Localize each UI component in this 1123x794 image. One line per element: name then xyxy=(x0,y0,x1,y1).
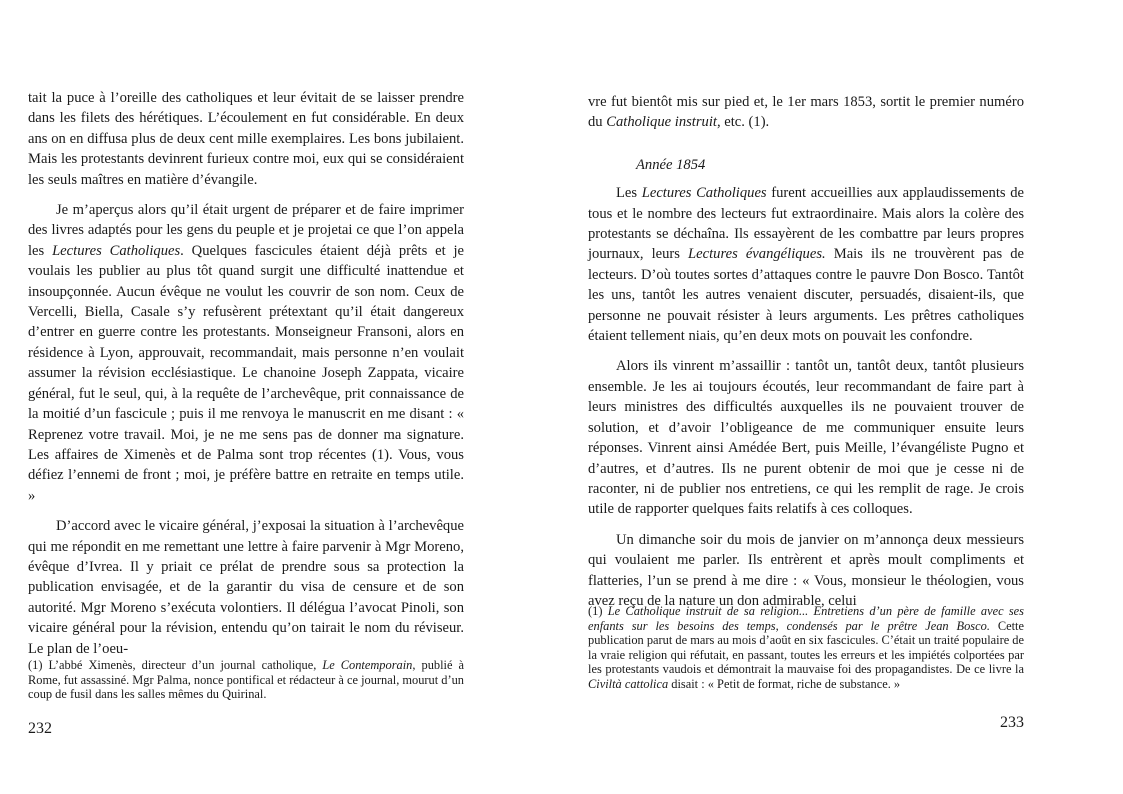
paragraph: Un dimanche soir du mois de janvier on m… xyxy=(588,530,1024,612)
paragraph: D’accord avec le vicaire général, j’expo… xyxy=(28,516,464,659)
footnote-text: (1) Le Catholique instruit de sa religio… xyxy=(588,604,1024,692)
italic-title: Le Catholique instruit de sa religion...… xyxy=(588,604,1024,633)
section-heading: Année 1854 xyxy=(588,155,1024,175)
paragraph: Les Lectures Catholiques furent accueill… xyxy=(588,183,1024,346)
italic-title: Le Contemporain xyxy=(322,658,412,672)
italic-title: Lectures Catholiques xyxy=(52,243,180,259)
left-body-text: tait la puce à l’oreille des catholiques… xyxy=(28,88,464,659)
text-span: , etc. (1). xyxy=(717,114,769,130)
left-footnote: (1) L’abbé Ximenès, directeur d’un journ… xyxy=(28,658,464,702)
text-span: disait : « Petit de format, riche de sub… xyxy=(668,677,900,691)
text-span: Les xyxy=(616,185,642,201)
page-number: 233 xyxy=(1000,714,1024,732)
text-span: (1) L’abbé Ximenès, directeur d’un journ… xyxy=(28,658,322,672)
right-page: vre fut bientôt mis sur pied et, le 1er … xyxy=(588,0,1024,794)
text-span: (1) xyxy=(588,604,608,618)
footnote-text: (1) L’abbé Ximenès, directeur d’un journ… xyxy=(28,658,464,702)
left-page: tait la puce à l’oreille des catholiques… xyxy=(28,0,464,794)
italic-title: Catholique instruit xyxy=(606,114,717,130)
paragraph: vre fut bientôt mis sur pied et, le 1er … xyxy=(588,92,1024,133)
page-number: 232 xyxy=(28,720,52,738)
text-span: . Quelques fascicules étaient déjà prêts… xyxy=(28,243,464,504)
paragraph: tait la puce à l’oreille des catholiques… xyxy=(28,88,464,190)
right-footnote: (1) Le Catholique instruit de sa religio… xyxy=(588,604,1024,692)
paragraph: Alors ils vinrent m’assaillir : tantôt u… xyxy=(588,356,1024,519)
italic-title: Lectures évangéliques. xyxy=(688,246,826,262)
italic-title: Lectures Catholiques xyxy=(642,185,767,201)
italic-title: Civiltà cattolica xyxy=(588,677,668,691)
right-body-text: vre fut bientôt mis sur pied et, le 1er … xyxy=(588,92,1024,611)
paragraph: Je m’aperçus alors qu’il était urgent de… xyxy=(28,200,464,506)
